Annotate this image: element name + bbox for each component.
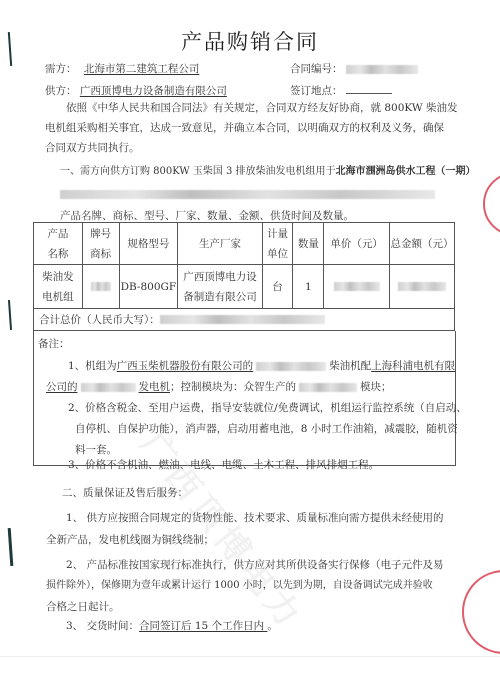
notes-item-3: 3、价格不含机油、燃油、电线、电缆、土木工程、排风排烟工程。 [68,455,379,475]
notes-item-2-line-1: 2、价格含税金、至用户运费，指导安装就位/免费调试，机组运行监控系统（自启动、 [68,398,467,418]
goods-table: 产品名称 牌号商标 规格型号 生产厂家 计量单位 数量 单价（元） 总金额（元）… [33,222,455,331]
intro-line-3: 合同双方共同执行。 [45,138,140,158]
section1-redacted-line [60,184,435,204]
header-product-name: 产品名称 [34,223,83,265]
cell-total-words: 合计总价（人民币大写）： [34,309,455,331]
cell-quantity: 1 [293,265,324,309]
header-quantity: 数量 [293,223,324,265]
buyer-value: 北海市第二建筑工程公司 [80,63,228,75]
section1-heading: 一、需方向供方订购 800KW 玉柴国 3 排放柴油发电机组用于北海市涠洲岛供水… [60,162,476,182]
page-edge [0,656,500,657]
delivery-time: 合同签订后 15 个工作日内 [139,620,267,632]
section2-item-2-line-3: 合格之日起计。 [46,597,120,617]
notes-label: 备注： [38,334,70,354]
header-unit-price: 单价（元） [324,223,390,265]
section2-item-2-line-1: 2、 产品标准按国家现行标准执行，供方应对其所供设备实行保修（电子元件及易 [66,555,444,575]
contract-page: 产品购销合同 需方： 北海市第二建筑工程公司 合同编号： 供方： 广西顶博电力设… [0,0,500,677]
notes-item-2-line-2: 自停机、自保护功能），消声器，启动用蓄电池，8 小时工作油箱，减震胶，随机资 [75,419,458,439]
notes-item-1-line-1: 1、机组为广西玉柴机器股份有限公司的柴油机配上海科浦电机有限 [68,356,455,376]
seal-stamp-top [483,172,500,236]
buyer-label: 需方： [45,63,77,75]
seller-row: 供方： 广西顶博电力设备制造有限公司 [45,83,233,98]
redacted-text [60,190,435,199]
seal-stamp-bottom [462,570,500,654]
table-total-row: 合计总价（人民币大写）： [34,309,455,331]
seller-label: 供方： [45,85,77,97]
sign-place-label: 签订地点： [290,85,343,97]
section2-item-3: 3、 交货时间：合同签订后 15 个工作日内 。 [66,616,278,636]
seller-value: 广西顶博电力设备制造有限公司 [80,85,233,97]
section2-item-2-line-2: 损件除外），保修期为壹年或累计运行 1000 小时，以先到为期，自设备调试完成并… [46,576,433,596]
section2-item-1-line-1: 1、 供方应按照合同规定的货物性能、技术要求、质量标准向需方提供未经使用的 [66,508,444,528]
contract-no-label: 合同编号： [290,63,343,75]
sign-place-blank [346,84,392,94]
header-unit: 计量单位 [262,223,293,265]
cell-product-name: 柴油发电机组 [34,265,83,309]
cell-unit-price [324,265,390,309]
header-model: 规格型号 [119,223,178,265]
cell-model: DB-800GF [119,265,178,309]
intro-line-2: 电机组采购相关事宜，达成一致意见，并确立本合同，以明确双方的权利及义务，确保 [45,118,444,138]
section2-heading: 二、质量保证及售后服务： [62,483,188,503]
cell-brand [82,265,119,309]
buyer-row: 需方： 北海市第二建筑工程公司 [45,61,227,76]
header-total: 总金额（元） [390,223,455,265]
contract-no-row: 合同编号： [290,61,418,76]
project-name: 北海市涠洲岛供水工程（一期） [336,166,476,177]
header-brand: 牌号商标 [82,223,119,265]
cell-unit: 台 [262,265,293,309]
contract-no-value-redacted [346,65,418,74]
section2-item-1-line-2: 全新产品，发电机线圈为铜线绕制； [46,530,214,550]
contract-title: 产品购销合同 [0,26,500,56]
cell-total [390,265,455,309]
total-words-redacted [160,315,325,324]
margin-mark [8,300,12,330]
sign-place-row: 签订地点： [290,83,392,98]
header-maker: 生产厂家 [178,223,262,265]
intro-line-1: 依照《中华人民共和国合同法》有关规定，合同双方经友好协商，就 800KW 柴油发 [66,98,457,118]
cell-maker: 广西顶博电力设备制造有限公司 [178,265,262,309]
margin-mark [8,528,14,566]
notes-item-1-line-2: 公司的发电机；控制模块为：众智生产的模块； [46,377,392,397]
table-header-row: 产品名称 牌号商标 规格型号 生产厂家 计量单位 数量 单价（元） 总金额（元） [34,223,455,265]
table-row: 柴油发电机组 DB-800GF 广西顶博电力设备制造有限公司 台 1 [34,265,455,309]
